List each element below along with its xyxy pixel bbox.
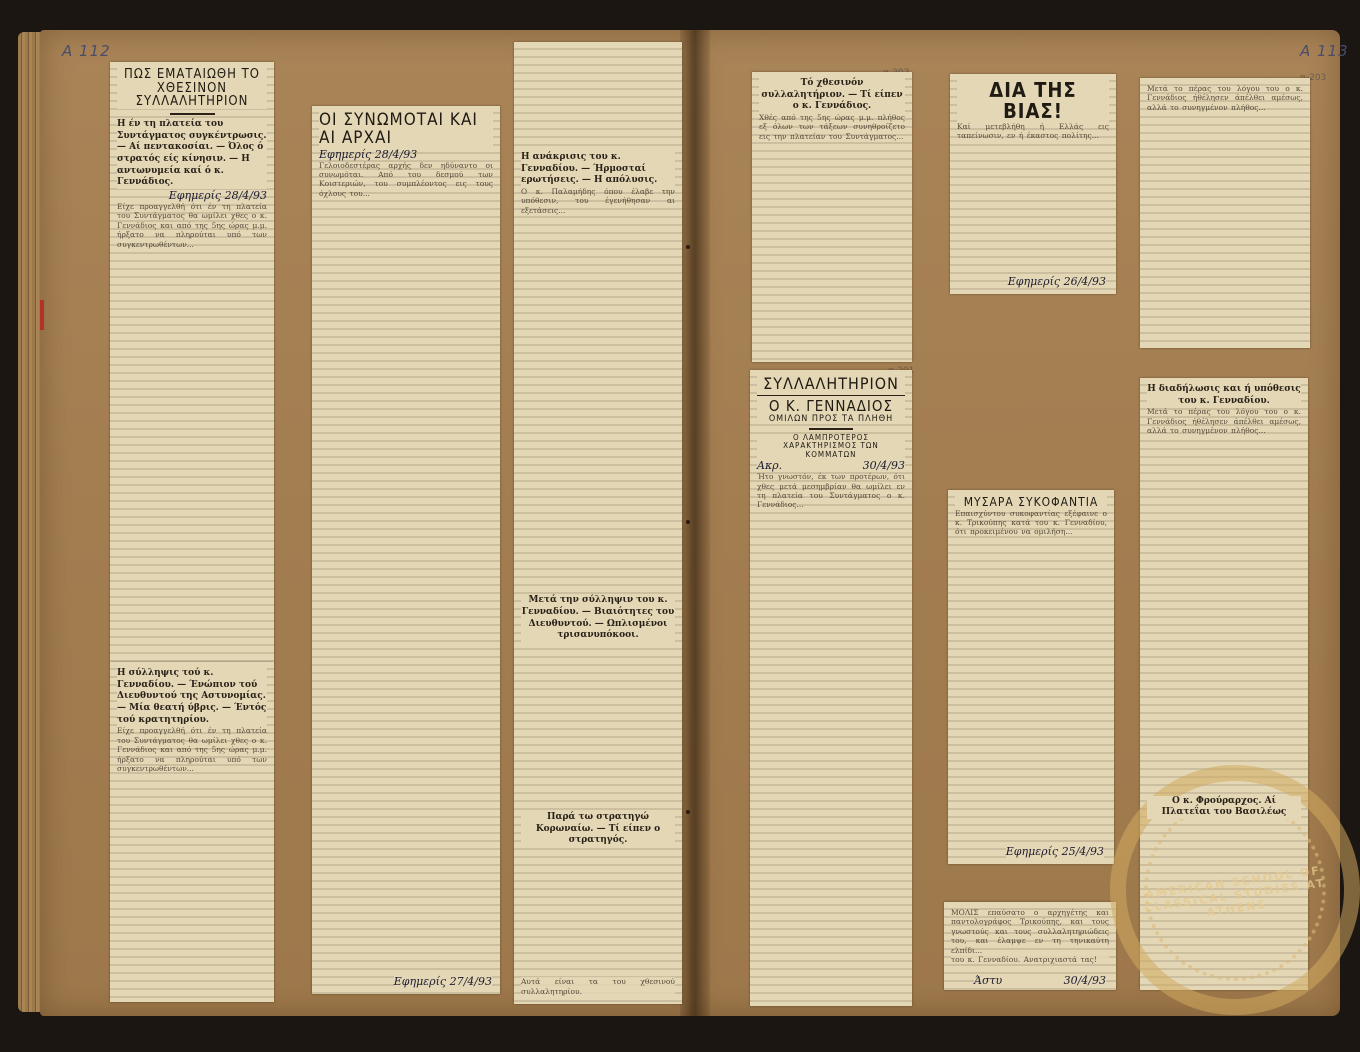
clipping-body: Είχε προαγγελθή ότι έν τη πλατεία του Συ…	[117, 726, 267, 773]
handwritten-date: 30/4/93	[1064, 974, 1106, 987]
binding-hole	[686, 245, 690, 249]
red-ribbon-tab	[40, 300, 44, 330]
clipping-subhead: ΟΜΙΛΩΝ ΠΡΟΣ ΤΑ ΠΛΗΘΗ	[757, 415, 905, 424]
clipping-headline: ΟΙ ΣΥΝΩΜΟΤΑΙ ΚΑΙ ΑΙ ΑΡΧΑΙ	[319, 112, 493, 148]
clipping-9: Η διαδήλωσις και ή υπόθεσις του κ. Γεννα…	[1140, 378, 1308, 990]
clipping-body: Επαισχύντου συκοφαντίας εξέφαινε ο κ. Τρ…	[955, 509, 1107, 537]
clipping-body: Είχε προαγγελθή ότι έν τη πλατεία του Συ…	[117, 202, 267, 249]
clipping-headline: ΔΙΑ ΤΗΣ ΒΙΑΣ!	[957, 80, 1109, 122]
handwritten-date: Εφημερίς 26/4/93	[1008, 275, 1106, 288]
clipping-body: Ήτο γνωστόν, έκ των προτέρων, ότι χθες μ…	[757, 472, 905, 510]
clipping-6: ΣΥΛΛΑΛΗΤΗΡΙΟΝ Ο Κ. ΓΕΝΝΑΔΙΟΣ ΟΜΙΛΩΝ ΠΡΟΣ…	[750, 370, 912, 1006]
clipping-subhead: Η σύλληψις τού κ. Γενναδίου. — Ένώπιον τ…	[117, 668, 267, 726]
clipping-body: Χθές από της 5ης ώρας μ.μ. πλήθος εξ όλω…	[759, 113, 905, 141]
right-page-number: A 113	[1300, 42, 1349, 60]
clipping-3: Η ανάκρισις του κ. Γενναδίου. — Ήρμοσταί…	[514, 42, 682, 1004]
scrapbook-spread: A 112 A 113 ΠΩΣ ΕΜΑΤΑΙΩΘΗ ΤΟ ΧΘΕΣΙΝΟΝ ΣΥ…	[0, 0, 1360, 1052]
clipping-body: Μετά το πέρας του λόγου του ο κ. Γεννάδι…	[1147, 84, 1303, 112]
clipping-2: ΟΙ ΣΥΝΩΜΟΤΑΙ ΚΑΙ ΑΙ ΑΡΧΑΙ Εφημερίς 28/4/…	[312, 106, 500, 994]
clipping-subhead: Παρά τω στρατηγώ Κορωναίω. — Τί είπεν ο …	[521, 812, 675, 847]
handwritten-source: Ακρ.	[757, 459, 782, 472]
clipping-headline: Η διαδήλωσις και ή υπόθεσις του κ. Γεννα…	[1147, 384, 1301, 407]
clipping-8: ΜΟΛΙΣ επαύσατο ο αρχηγέτης και παντολογρ…	[944, 902, 1116, 990]
divider	[809, 428, 853, 430]
clipping-body: Καί μετεβλήθη ή Ελλάς εις ταπείνωσιν, εν…	[957, 122, 1109, 141]
handwritten-date: Εφημερίς 28/4/93	[117, 189, 267, 202]
clipping-body: Ο κ. Παλαμήδης όπου έλαβε την υπόθεσιν, …	[521, 187, 675, 215]
left-page-number: A 112	[62, 42, 111, 60]
clipping-subhead: Ο ΛΑΜΠΡΟΤΕΡΟΣ ΧΑΡΑΚΤΗΡΙΣΜΟΣ ΤΩΝ ΚΟΜΜΑΤΩΝ	[757, 434, 905, 459]
binding-hole	[686, 810, 690, 814]
clipping-5: ΔΙΑ ΤΗΣ ΒΙΑΣ! Καί μετεβλήθη ή Ελλάς εις …	[950, 74, 1116, 294]
clipping-1-continued: Η σύλληψις τού κ. Γενναδίου. — Ένώπιον τ…	[110, 662, 274, 1002]
clipping-headline: Τό χθεσινόν συλλαλητήριον. — Τί είπεν ο …	[759, 78, 905, 113]
clipping-subhead: Η έν τη πλατεία του Συντάγματος συγκέντρ…	[117, 119, 267, 189]
clipping-banner: ΣΥΛΛΑΛΗΤΗΡΙΟΝ	[757, 376, 905, 396]
clipping-closing-line: του κ. Γενναδίου. Ανατριχιαστά τας!	[951, 955, 1109, 964]
handwritten-date: Εφημερίς 25/4/93	[1006, 845, 1104, 858]
handwritten-date: 30/4/93	[863, 459, 905, 472]
clipping-1: ΠΩΣ ΕΜΑΤΑΙΩΘΗ ΤΟ ΧΘΕΣΙΝΟΝ ΣΥΛΛΑΛΗΤΗΡΙΟΝ …	[110, 62, 274, 662]
clipping-body: Μετά το πέρας του λόγου του ο κ. Γεννάδι…	[1147, 407, 1301, 435]
handwritten-date: Εφημερίς 27/4/93	[394, 975, 492, 988]
clipping-9-top: Μετά το πέρας του λόγου του ο κ. Γεννάδι…	[1140, 78, 1310, 348]
clipping-headline: ΜΥΣΑΡΑ ΣΥΚΟΦΑΝΤΙΑ	[955, 496, 1107, 509]
clipping-subhead: Ο κ. Φρούραρχος. Αί Πλατεΐαι του Βασιλέω…	[1147, 796, 1301, 819]
clipping-subhead: Μετά την σύλληψιν του κ. Γενναδίου. — Βι…	[521, 595, 675, 642]
handwritten-date: Εφημερίς 28/4/93	[319, 148, 493, 161]
clipping-body: Γελοιοδεστέρας αρχής δεν ηδύναντο οι συν…	[319, 161, 493, 199]
divider	[170, 113, 215, 115]
clipping-4: Τό χθεσινόν συλλαλητήριον. — Τί είπεν ο …	[752, 72, 912, 362]
clipping-headline: ΠΩΣ ΕΜΑΤΑΙΩΘΗ ΤΟ ΧΘΕΣΙΝΟΝ ΣΥΛΛΑΛΗΤΗΡΙΟΝ	[117, 68, 267, 109]
clipping-headline: Ο Κ. ΓΕΝΝΑΔΙΟΣ	[757, 399, 905, 415]
binding-hole	[686, 520, 690, 524]
clipping-body: ΜΟΛΙΣ επαύσατο ο αρχηγέτης και παντολογρ…	[951, 908, 1109, 955]
book-gutter	[680, 30, 710, 1016]
handwritten-source: Άστυ	[974, 974, 1002, 987]
clipping-7: ΜΥΣΑΡΑ ΣΥΚΟΦΑΝΤΙΑ Επαισχύντου συκοφαντία…	[948, 490, 1114, 864]
clipping-subhead: Η ανάκρισις του κ. Γενναδίου. — Ήρμοσταί…	[521, 152, 675, 187]
clipping-closing-line: Αυτά είναι τα του χθεσινού συλλαλητηρίου…	[521, 977, 675, 996]
